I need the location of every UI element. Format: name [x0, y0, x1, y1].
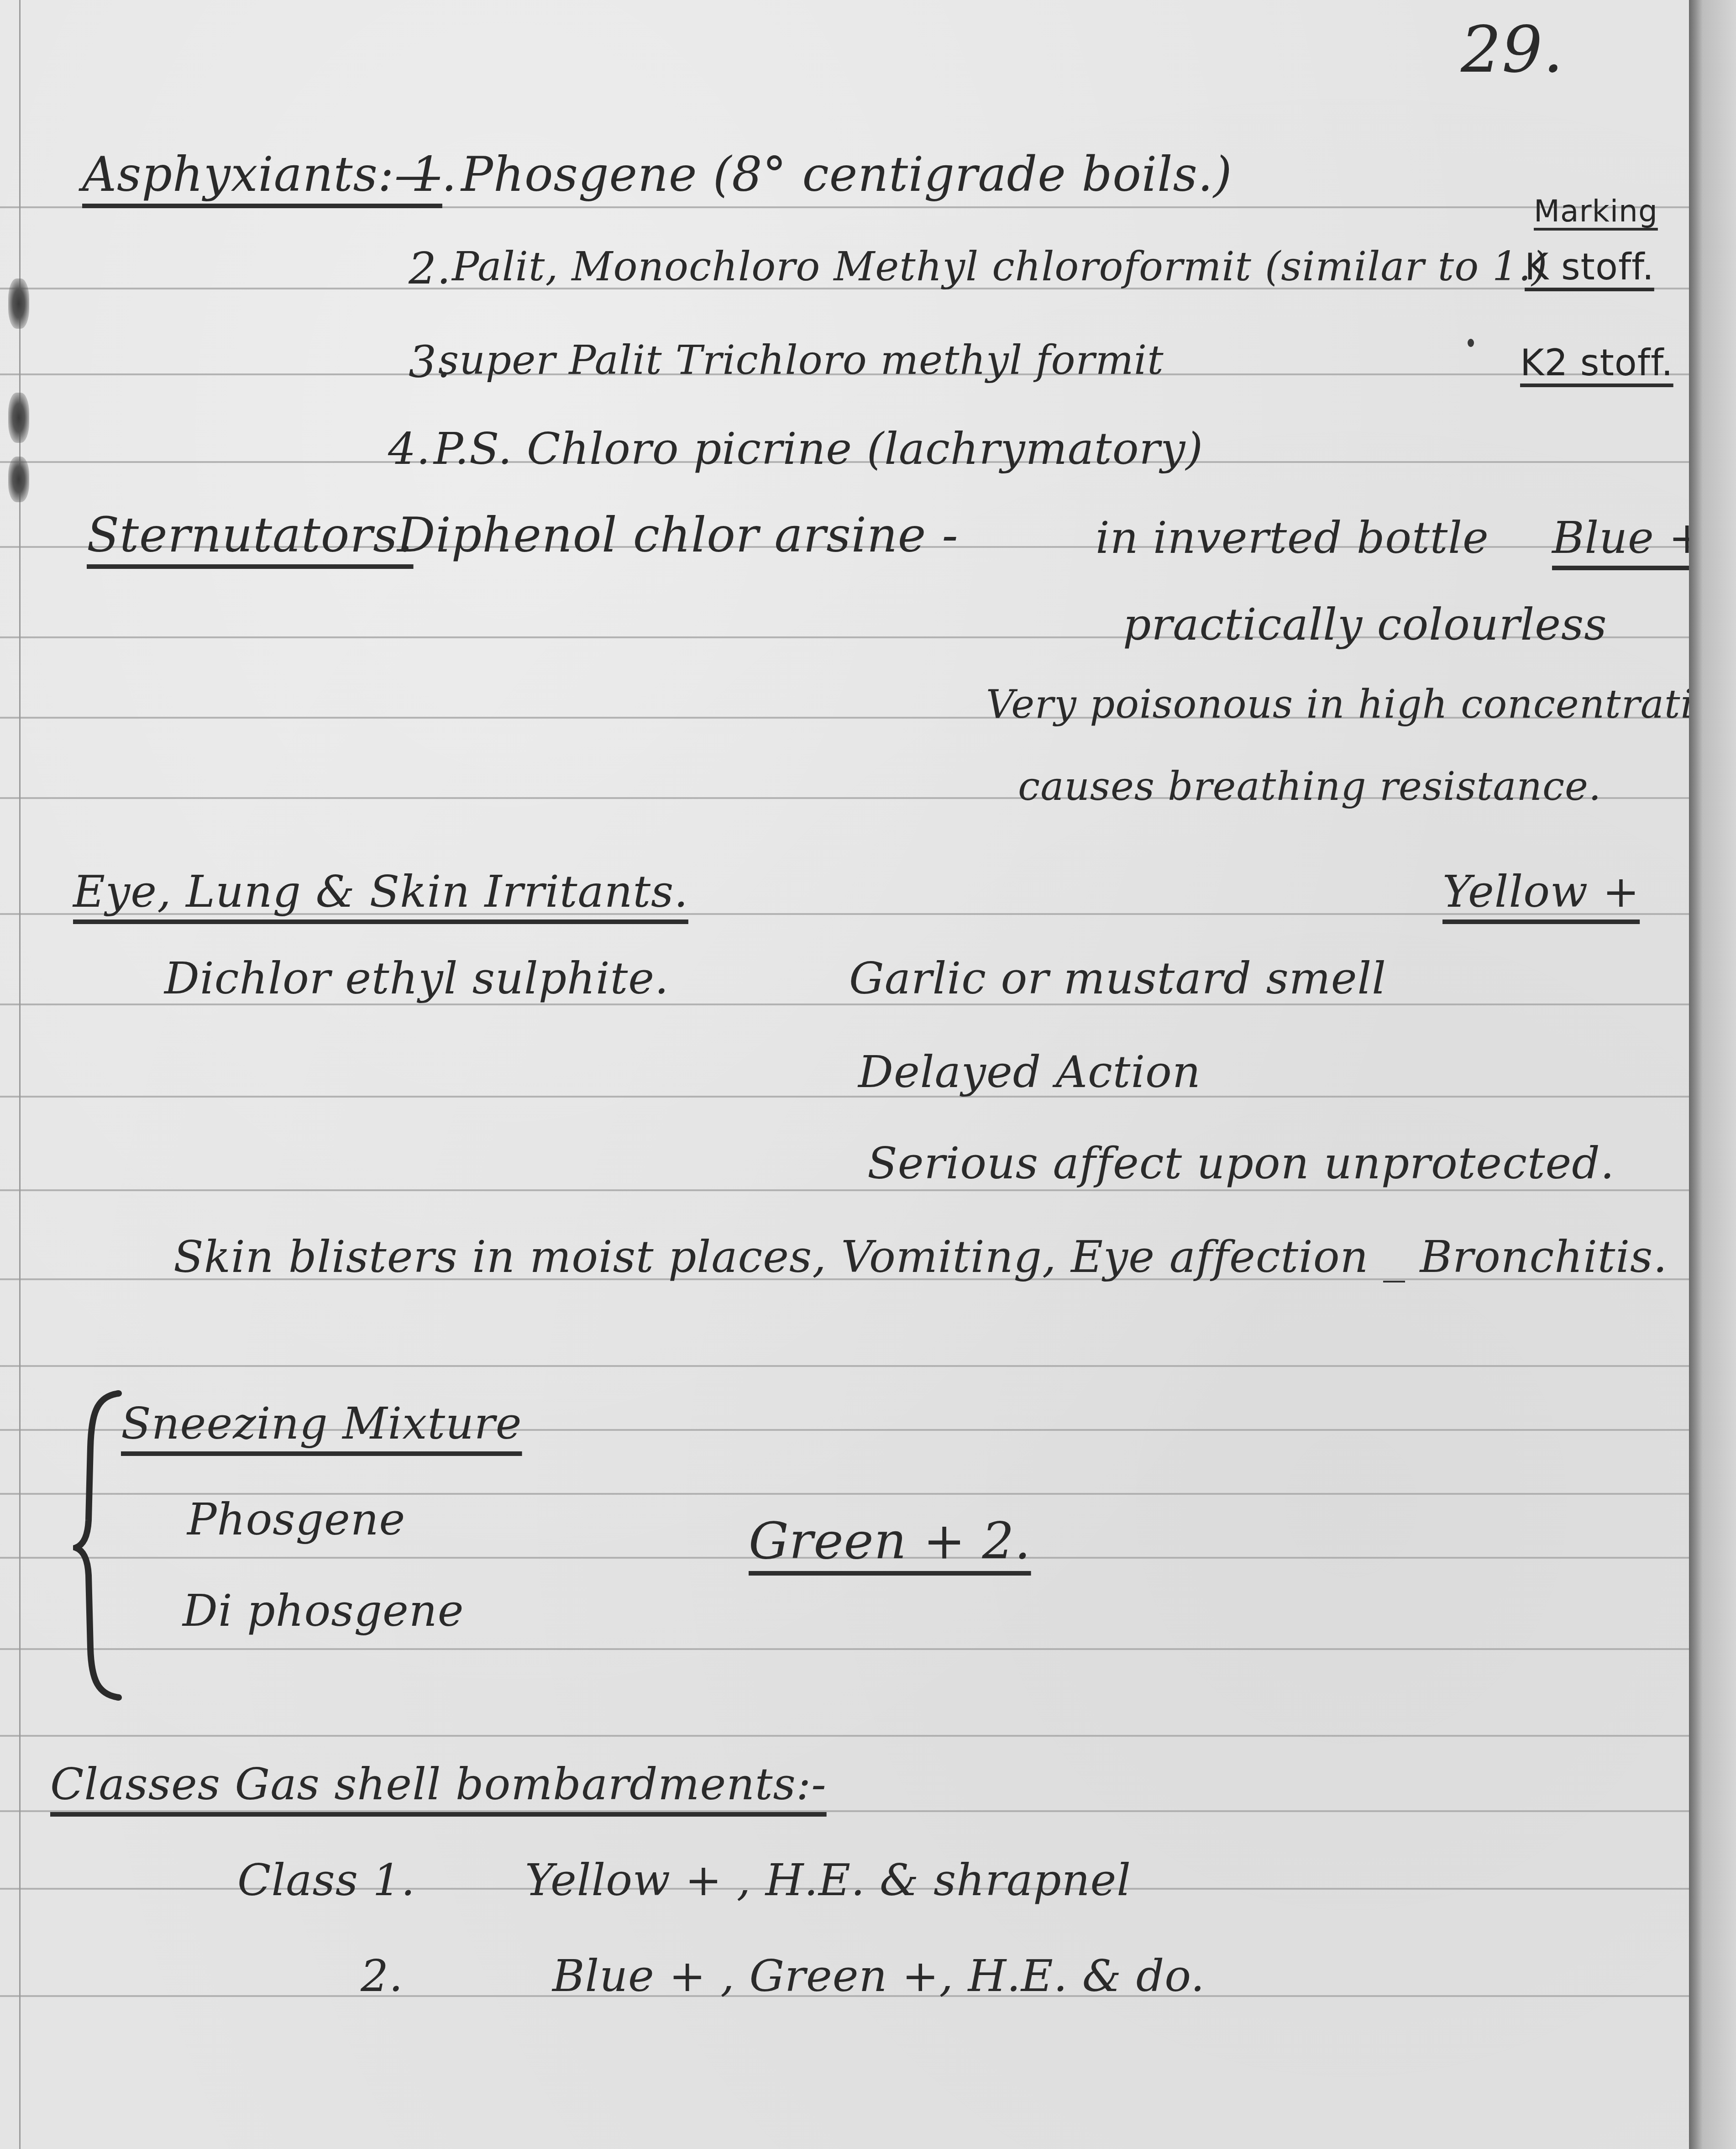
- ruled-line: [0, 1810, 1689, 1812]
- sneezing-item-2: Di phosgene: [183, 1589, 464, 1633]
- asphyxiant-item-4-number: 4.: [388, 427, 431, 471]
- irritants-heading: Eye, Lung & Skin Irritants.: [73, 870, 688, 914]
- sternutators-heading: Sternutators.: [87, 511, 414, 559]
- sneezing-item-1: Phosgene: [187, 1497, 405, 1541]
- marking-header: Marking: [1534, 196, 1658, 226]
- ruled-line: [0, 1735, 1689, 1737]
- marking-yellow-cross: Yellow +: [1442, 870, 1640, 914]
- class-2-text: Blue + , Green +, H.E. & do.: [552, 1954, 1205, 1998]
- ink-dot: [1468, 339, 1474, 347]
- ruled-line: [0, 1648, 1689, 1650]
- sternutator-property-1: practically colourless: [1123, 603, 1607, 646]
- marking-k-stoff: K stoff.: [1525, 249, 1654, 285]
- irritant-property-2: Delayed Action: [858, 1050, 1201, 1094]
- asphyxiant-item-1-number: 1.: [411, 151, 457, 198]
- sneezing-heading: Sneezing Mixture: [121, 1402, 522, 1445]
- ruled-line: [0, 1096, 1689, 1098]
- asphyxiant-item-2: Palit, Monochloro Methyl chloroformit (s…: [452, 247, 1547, 287]
- sternutator-property-3: causes breathing resistance.: [1018, 767, 1601, 806]
- ruled-line: [0, 1189, 1689, 1191]
- binding-hole: [8, 393, 29, 443]
- ruled-line: [0, 206, 1689, 208]
- irritant-agent: Dichlor ethyl sulphite.: [164, 956, 669, 1000]
- curly-brace: [73, 1388, 128, 1703]
- page-number: 29.: [1461, 18, 1564, 82]
- asphyxiant-item-2-number: 2.: [409, 247, 451, 290]
- classes-heading: Classes Gas shell bombardments:-: [50, 1762, 827, 1806]
- asphyxiants-heading: Asphyxiants:—: [82, 151, 442, 198]
- marking-blue-cross: Blue +: [1552, 516, 1706, 560]
- ruled-line: [0, 1365, 1689, 1367]
- sternutator-property-2: Very poisonous in high concentrations: [986, 685, 1736, 724]
- class-2-label: 2.: [361, 1954, 404, 1998]
- notebook-page: 29. Asphyxiants:— 1. Phosgene (8° centig…: [0, 0, 1689, 2149]
- asphyxiant-item-3: super Palit Trichloro methyl formit: [438, 340, 1164, 380]
- irritant-property-1: Garlic or mustard smell: [849, 956, 1386, 1000]
- irritant-property-3: Serious affect upon unprotected.: [867, 1141, 1615, 1185]
- sternutator-agent: Diphenol chlor arsine -: [397, 511, 959, 559]
- asphyxiant-item-1: Phosgene (8° centigrade boils.): [461, 151, 1232, 198]
- class-1-label: Class 1.: [237, 1858, 415, 1902]
- class-1-text: Yellow + , H.E. & shrapnel: [525, 1858, 1131, 1902]
- binding-hole: [8, 457, 29, 502]
- sternutator-note: in inverted bottle: [1096, 516, 1489, 560]
- irritant-effects: Skin blisters in moist places, Vomiting,…: [173, 1235, 1668, 1279]
- marking-green-cross: Green + 2.: [749, 1516, 1031, 1566]
- binding-hole: [8, 278, 29, 329]
- asphyxiant-item-4: P.S. Chloro picrine (lachrymatory): [434, 427, 1203, 471]
- marking-k2-stoff: K2 stoff.: [1520, 345, 1673, 381]
- page-edge-shadow: [1689, 0, 1736, 2149]
